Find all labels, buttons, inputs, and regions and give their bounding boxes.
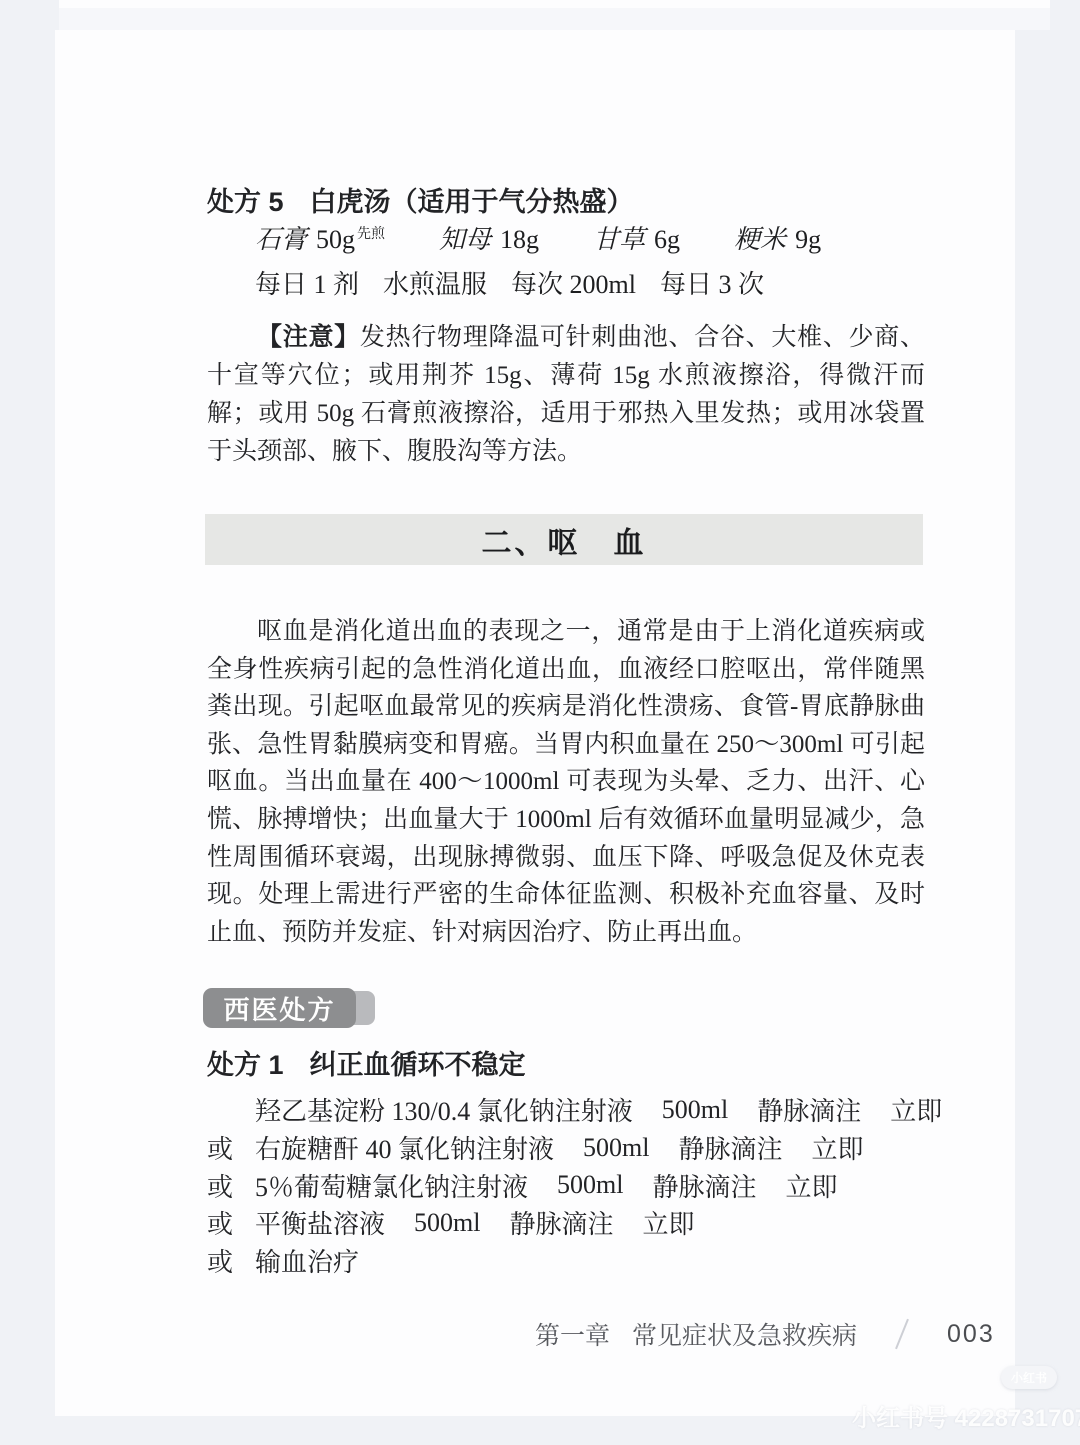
note-label: 【注意】: [257, 323, 360, 351]
herb-amount: 9g: [795, 225, 821, 254]
footer-divider: [895, 1319, 909, 1349]
book-page-photo: 处方 5白虎汤（适用于气分热盛） 石膏50g先煎 知母18g 甘草6g 粳米9g…: [0, 0, 1080, 1445]
row-drug: 平衡盐溶液: [255, 1204, 385, 1241]
row-drug: 输血治疗: [255, 1242, 359, 1279]
row-frequency: 立即: [642, 1204, 694, 1241]
prescription-5-label: 处方 5: [207, 187, 284, 217]
ingredient-item: 知母18g: [439, 219, 539, 256]
row-route: 静脉滴注: [678, 1129, 782, 1166]
herb-name: 石膏: [255, 225, 307, 254]
footer-chapter-title: 常见症状及急救疾病: [632, 1316, 857, 1352]
row-drug: 5％葡萄糖氯化钠注射液: [255, 1167, 528, 1204]
usage-line: 每日 1 剂 水煎温服 每次 200ml 每日 3 次: [255, 264, 764, 301]
herb-note-superscript: 先煎: [357, 227, 385, 242]
usage-item: 水煎温服: [383, 264, 487, 301]
herb-amount: 6g: [654, 225, 680, 254]
herb-amount: 50g: [316, 225, 355, 254]
prescription-row: 羟乙基淀粉 130/0.4 氯化钠注射液 500ml 静脉滴注 立即: [207, 1091, 971, 1129]
row-prefix: 或: [207, 1242, 255, 1279]
badge-pill: 西医处方: [203, 988, 356, 1028]
row-frequency: 立即: [811, 1129, 863, 1166]
row-dose: 500ml: [583, 1133, 649, 1163]
section-header-bar: 二、呕 血: [205, 514, 923, 565]
row-drug: 右旋糖酐 40 氯化钠注射液: [255, 1129, 554, 1166]
prescription-5-name: 白虎汤（适用于气分热盛）: [310, 187, 634, 217]
ingredient-item: 石膏50g先煎: [255, 219, 385, 256]
section-title: 二、呕 血: [482, 518, 647, 562]
footer-chapter: 第一章: [535, 1316, 610, 1352]
ingredient-list: 石膏50g先煎 知母18g 甘草6g 粳米9g: [255, 219, 821, 256]
ingredient-item: 甘草6g: [593, 219, 680, 256]
prescription-row: 或 右旋糖酐 40 氯化钠注射液 500ml 静脉滴注 立即: [207, 1129, 971, 1167]
prescription-5-heading: 处方 5白虎汤（适用于气分热盛）: [207, 180, 634, 219]
ingredient-item: 粳米9g: [734, 219, 821, 256]
intro-paragraph: 呕血是消化道出血的表现之一，通常是由于上消化道疾病或全身性疾病引起的急性消化道出…: [207, 613, 925, 951]
row-prefix: 或: [207, 1167, 255, 1204]
usage-item: 每日 1 剂: [255, 264, 359, 301]
xiaohongshu-id-watermark: 小红书号 42287317076: [852, 1398, 1080, 1433]
prescription-row: 或 输血治疗: [207, 1242, 971, 1280]
note-paragraph: 【注意】发热行物理降温可针刺曲池、合谷、大椎、少商、十宣等穴位；或用荆芥 15g…: [207, 318, 925, 471]
xiaohongshu-badge: 小红书: [1001, 1366, 1057, 1389]
row-dose: 500ml: [557, 1170, 623, 1200]
prescription-1-heading: 处方 1纠正血循环不稳定: [207, 1043, 526, 1082]
row-prefix: 或: [207, 1129, 255, 1166]
western-prescription-badge: 西医处方: [203, 988, 375, 1028]
herb-name: 粳米: [734, 225, 786, 254]
herb-amount: 18g: [500, 225, 539, 254]
prescription-1-name: 纠正血循环不稳定: [310, 1050, 526, 1080]
row-dose: 500ml: [414, 1208, 480, 1238]
row-route: 静脉滴注: [509, 1204, 613, 1241]
usage-item: 每次 200ml: [511, 264, 636, 301]
page-footer: 第一章 常见症状及急救疾病 003: [535, 1316, 995, 1352]
prescription-1-label: 处方 1: [207, 1050, 284, 1080]
usage-item: 每日 3 次: [660, 264, 764, 301]
top-margin-band: [59, 8, 1050, 30]
row-drug: 羟乙基淀粉 130/0.4 氯化钠注射液: [255, 1091, 633, 1128]
row-route: 静脉滴注: [757, 1091, 861, 1128]
prescription-1-rows: 羟乙基淀粉 130/0.4 氯化钠注射液 500ml 静脉滴注 立即 或 右旋糖…: [207, 1091, 971, 1279]
row-frequency: 立即: [890, 1091, 942, 1128]
row-dose: 500ml: [662, 1095, 728, 1125]
row-route: 静脉滴注: [652, 1167, 756, 1204]
top-page-sliver: [59, 0, 1050, 8]
row-frequency: 立即: [785, 1167, 837, 1204]
prescription-row: 或 5％葡萄糖氯化钠注射液 500ml 静脉滴注 立即: [207, 1166, 971, 1204]
herb-name: 知母: [439, 225, 491, 254]
row-prefix: 或: [207, 1204, 255, 1241]
herb-name: 甘草: [593, 225, 645, 254]
page-number: 003: [947, 1320, 995, 1349]
prescription-row: 或 平衡盐溶液 500ml 静脉滴注 立即: [207, 1204, 971, 1242]
